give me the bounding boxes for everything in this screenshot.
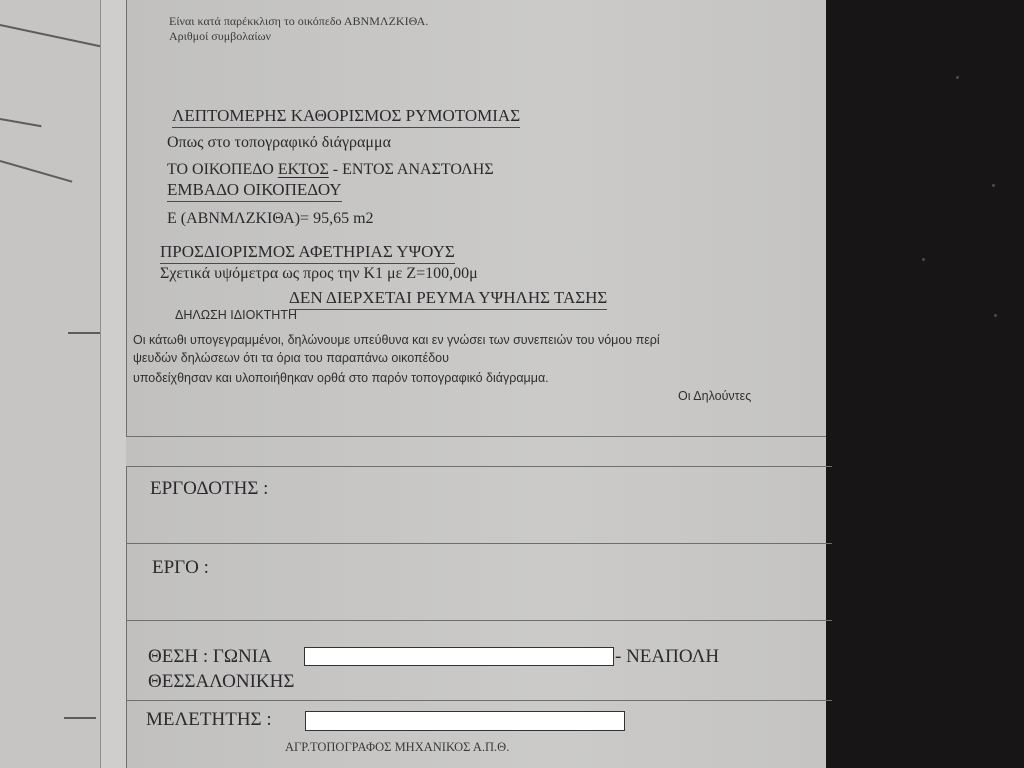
row-divider <box>126 700 832 701</box>
plot-area-value: Ε (ΑΒΝΜΛΖΚΙΘΑ)= 95,65 m2 <box>167 210 374 228</box>
declaration-title: ΔΗΛΩΣΗ ΙΔΙΟΚΤΗΤΗ <box>175 308 297 322</box>
plot-status: ΤΟ ΟΙΚΟΠΕΔΟ ΕΚΤΟΣ - ΕΝΤΟΣ ΑΝΑΣΤΟΛΗΣ <box>167 161 494 179</box>
row-divider <box>126 543 832 544</box>
row-divider <box>126 620 832 621</box>
employer-label: ΕΡΓΟΔΟΤΗΣ : <box>150 478 268 500</box>
as-in-diagram-text: Οπως στο τοπογραφικό διάγραμμα <box>167 134 391 152</box>
location-label: ΘΕΣΗ : ΓΩΝΙΑ <box>148 646 272 668</box>
detailed-plan-title: ΛΕΠΤΟΜΕΡΗΣ ΚΑΘΟΡΙΣΜΟΣ ΡΥΜΟΤΟΜΙΑΣ <box>172 106 520 128</box>
page-fold <box>100 0 128 768</box>
location-city: ΘΕΣΣΑΛΟΝΙΚΗΣ <box>148 671 294 693</box>
plot-area-title: ΕΜΒΑΔΟ ΟΙΚΟΠΕΔΟΥ <box>167 180 342 202</box>
diagram-line <box>68 332 104 334</box>
declaration-line: ψευδών δηλώσεων ότι τα όρια του παραπάνω… <box>133 351 449 365</box>
exception-note: Είναι κατά παρέκκλιση το οικόπεδο ΑΒΝΜΛΖ… <box>169 14 428 29</box>
diagram-line <box>64 717 96 719</box>
engineer-title: ΑΓΡ.ΤΟΠΟΓΡΑΦΟΣ ΜΗΧΑΝΙΚΟΣ Α.Π.Θ. <box>285 740 509 755</box>
redacted-engineer-name <box>305 711 625 731</box>
underlying-page <box>0 0 112 768</box>
redacted-street <box>304 647 614 666</box>
declaration-line: Οι κάτωθι υπογεγραμμένοι, δηλώνουμε υπεύ… <box>133 333 660 347</box>
background-surface <box>826 0 1024 768</box>
height-reference-text: Σχετικά υψόμετρα ως προς την Κ1 με Ζ=100… <box>160 265 478 283</box>
high-voltage-note: ΔΕΝ ΔΙΕΡΧΕΤΑΙ ΡΕΥΜΑ ΥΨΗΛΗΣ ΤΑΣΗΣ <box>289 288 607 310</box>
declaration-line: υποδείχθησαν και υλοποιήθηκαν ορθά στο π… <box>133 371 549 385</box>
signatories-label: Οι Δηλούντες <box>678 389 751 403</box>
height-reference-title: ΠΡΟΣΔΙΟΡΙΣΜΟΣ ΑΦΕΤΗΡΙΑΣ ΥΨΟΥΣ <box>160 242 455 264</box>
plot-outside-flag: ΕΚΤΟΣ <box>278 161 329 178</box>
location-suffix: - ΝΕΑΠΟΛΗ <box>615 646 719 668</box>
engineer-label: ΜΕΛΕΤΗΤΗΣ : <box>146 709 272 731</box>
project-label: ΕΡΓΟ : <box>152 557 209 579</box>
contract-numbers-label: Αριθμοί συμβολαίων <box>169 29 271 44</box>
